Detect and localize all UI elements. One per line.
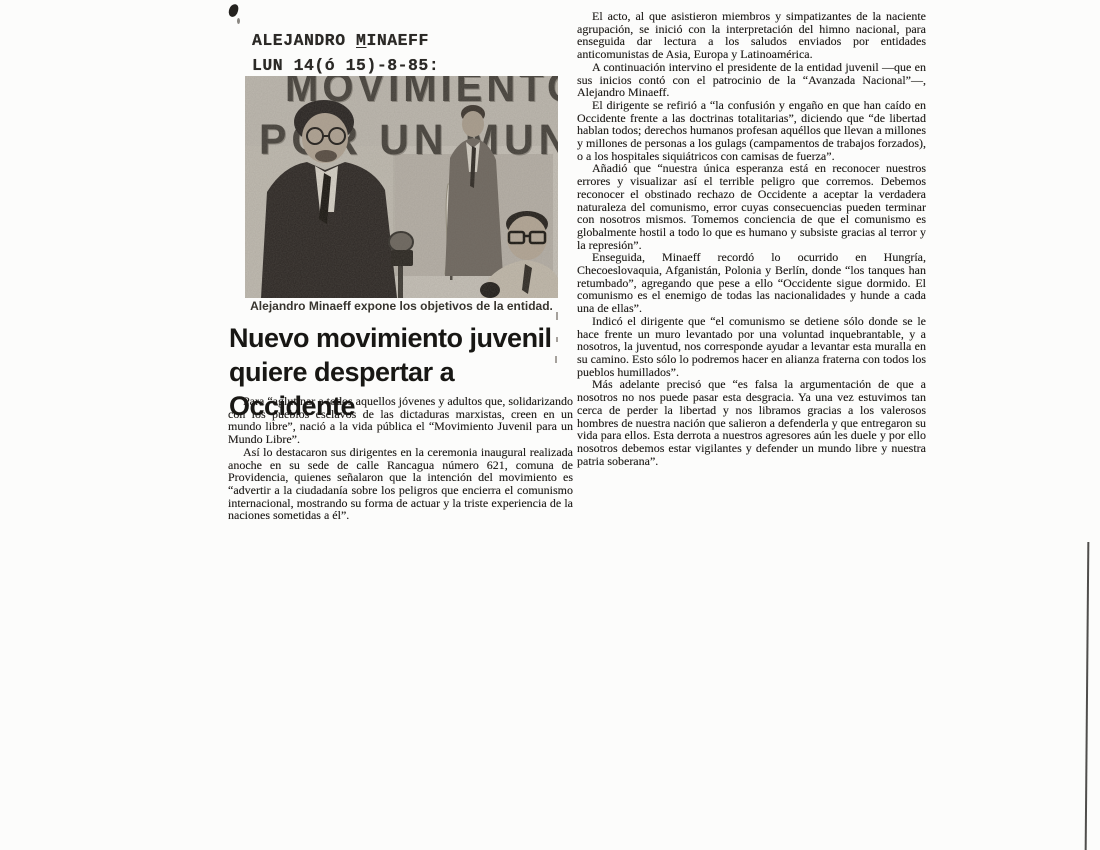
typed-name-rest: INAEFF xyxy=(366,31,428,50)
scan-dash-artifact xyxy=(556,312,558,320)
headline-line-1: Nuevo movimiento juvenil xyxy=(229,321,574,355)
scanned-newspaper-clipping: ALEJANDRO MINAEFF LUN 14(ó 15)-8-85: MOV… xyxy=(0,0,1100,850)
typed-name-underlined: M xyxy=(356,31,366,50)
typed-archive-header: ALEJANDRO MINAEFF LUN 14(ó 15)-8-85: xyxy=(252,28,439,78)
article-paragraph: Para “aglutinar a todos aquellos jóvenes… xyxy=(228,395,573,446)
article-right-column: El acto, al que asistieron miembros y si… xyxy=(577,10,926,467)
article-paragraph: El dirigente se refirió a “la confusión … xyxy=(577,99,926,163)
news-photo: MOVIMIENTO J POR UN MUNDO xyxy=(245,76,558,298)
photo-figures xyxy=(245,76,558,298)
article-paragraph: El acto, al que asistieron miembros y si… xyxy=(577,10,926,61)
ink-speck-artifact xyxy=(237,18,240,24)
typed-date-line: LUN 14(ó 15)-8-85: xyxy=(252,53,439,78)
typed-name-line: ALEJANDRO MINAEFF xyxy=(252,28,439,53)
scan-edge-line-artifact xyxy=(1085,542,1090,850)
article-paragraph: Añadió que “nuestra única esperanza está… xyxy=(577,162,926,251)
article-paragraph: A continuación intervino el presidente d… xyxy=(577,61,926,99)
article-paragraph: Más adelante precisó que “es falsa la ar… xyxy=(577,378,926,467)
article-paragraph: Indicó el dirigente que “el comunismo se… xyxy=(577,315,926,379)
typed-name-pre: ALEJANDRO xyxy=(252,31,356,50)
photo-caption: Alejandro Minaeff expone los objetivos d… xyxy=(245,299,558,313)
article-paragraph: Enseguida, Minaeff recordó lo ocurrido e… xyxy=(577,251,926,315)
article-paragraph: Así lo destacaron sus dirigentes en la c… xyxy=(228,446,573,522)
ink-blot-artifact xyxy=(228,3,240,18)
grain-overlay xyxy=(245,76,558,298)
article-left-column: Para “aglutinar a todos aquellos jóvenes… xyxy=(228,395,573,522)
